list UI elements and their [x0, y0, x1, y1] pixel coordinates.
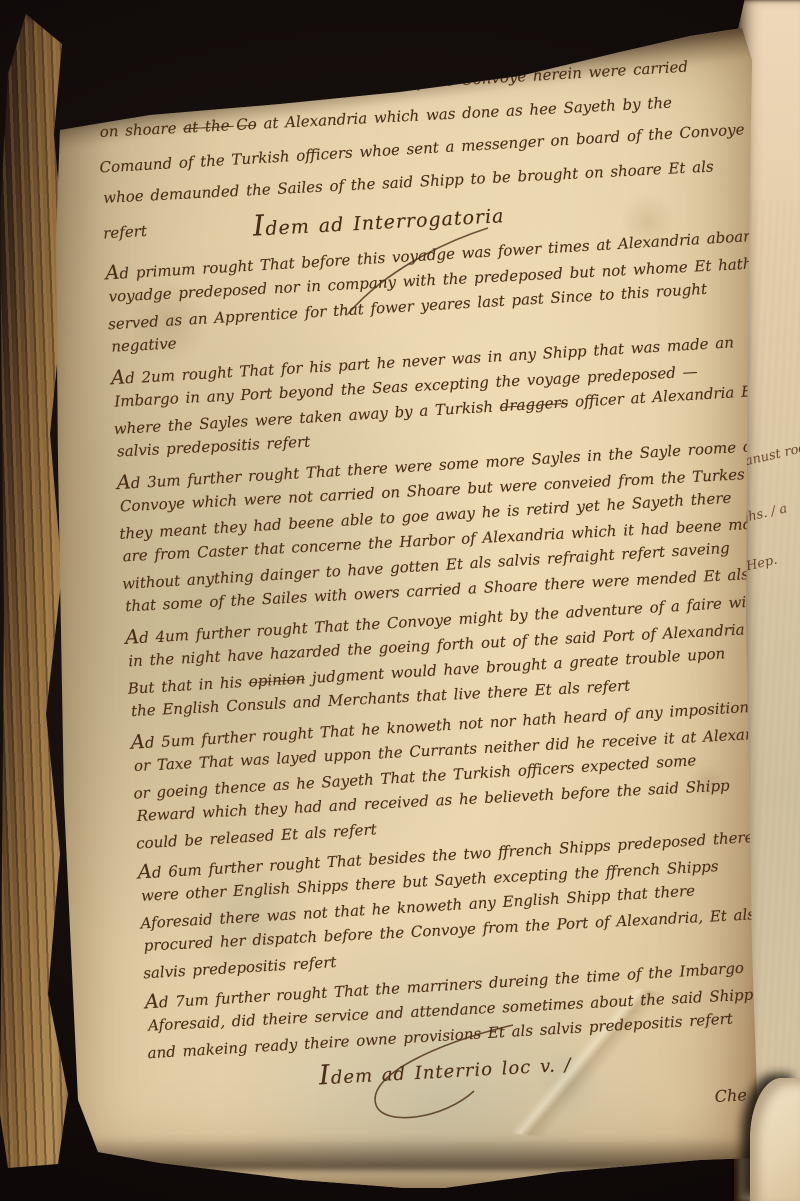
manuscript-text: To the second deponit That the Sayles of…: [95, 47, 799, 1139]
interrogatory-answers-block: Ad primum rought That before this voyadg…: [105, 224, 796, 1065]
manuscript-photo: Janust rod — jhs. / a Hep. To the second…: [0, 0, 800, 1201]
main-page: To the second deponit That the Sayles of…: [48, 22, 764, 1188]
